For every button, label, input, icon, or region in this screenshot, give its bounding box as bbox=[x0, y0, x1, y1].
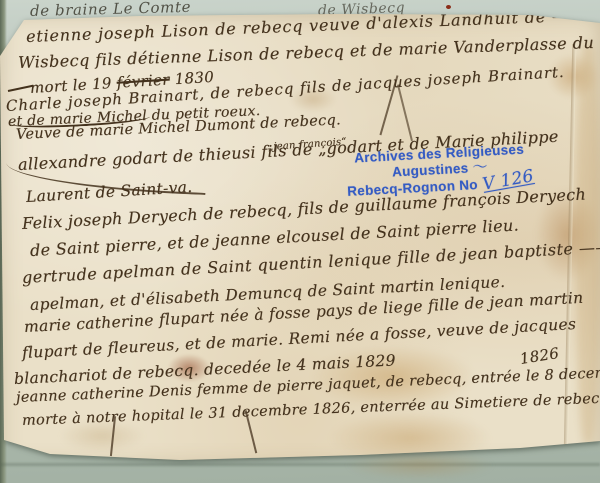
manuscript-paper: etienne joseph Lison de rebecq veuve d'a… bbox=[0, 14, 600, 466]
archival-document-photo: de braine Le Comte de Wisbecq etienne jo… bbox=[0, 0, 600, 483]
paper-shadow-wrap: etienne joseph Lison de rebecq veuve d'a… bbox=[0, 14, 600, 466]
ink-stroke bbox=[397, 84, 413, 141]
manuscript-line: Laurent de Saint-va. bbox=[25, 178, 192, 206]
ink-speck bbox=[446, 5, 451, 9]
manuscript-margin-year: 1826 bbox=[519, 344, 561, 368]
stain-blot bbox=[330, 412, 490, 464]
